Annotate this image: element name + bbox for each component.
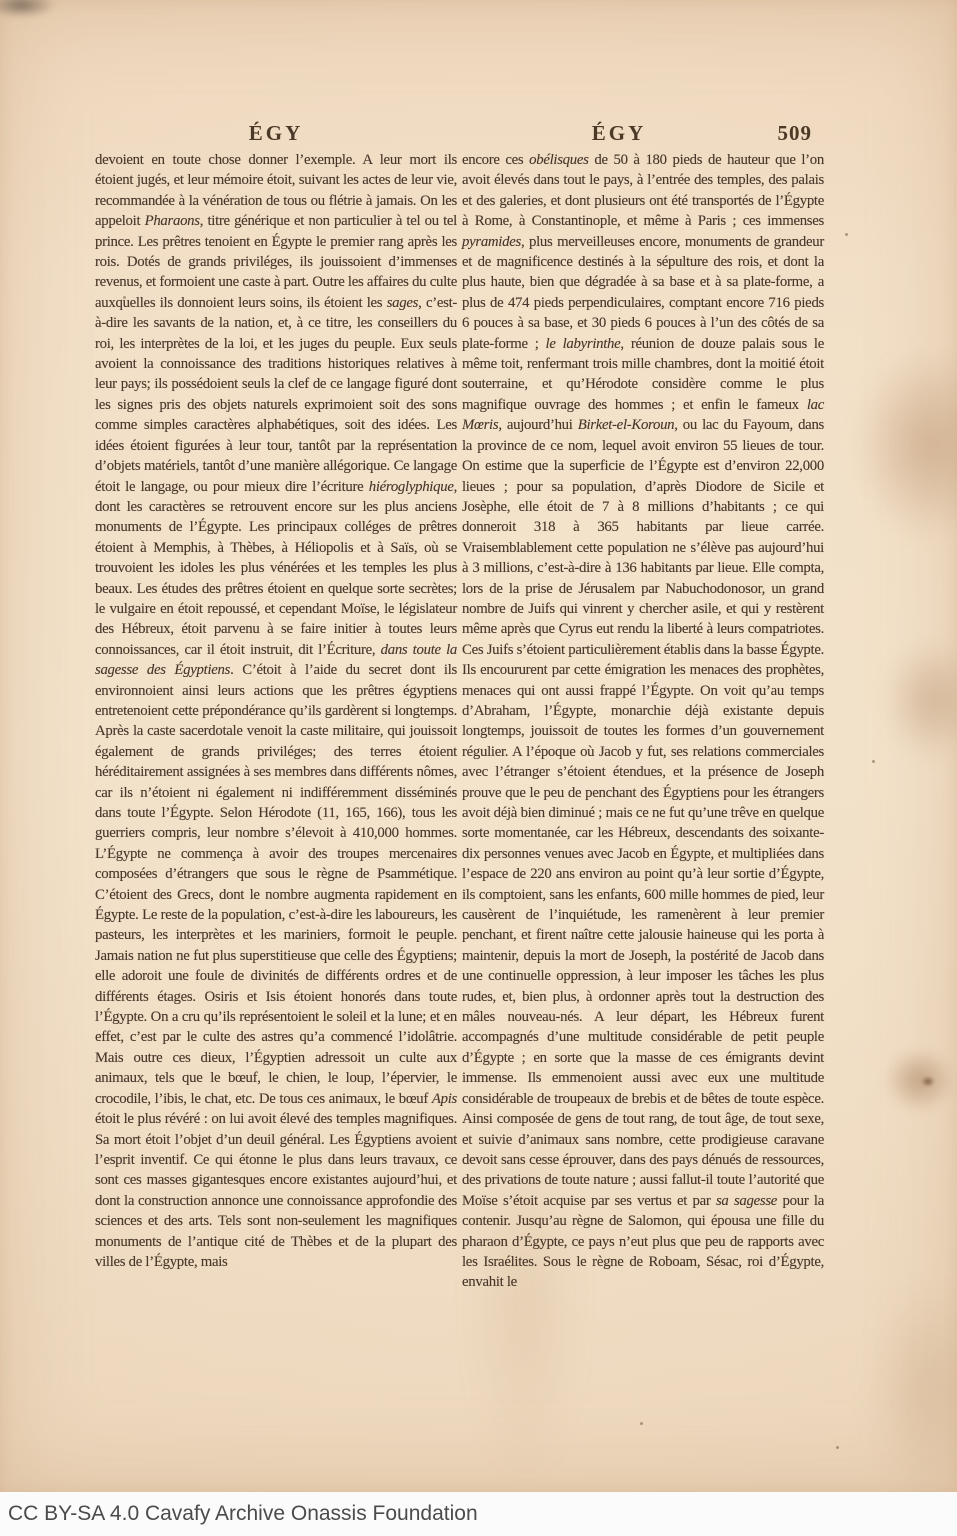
running-head-left: ÉGY	[95, 121, 457, 146]
paper-stain	[855, 350, 957, 540]
paper-stain	[867, 1280, 957, 1500]
running-head-left-text: ÉGY	[249, 121, 304, 145]
text-column-left: devoient en toute chose donner l’exemple…	[95, 150, 457, 1272]
text-column-right: encore ces obélisques de 50 à 180 pieds …	[462, 150, 824, 1293]
page-number: 509	[778, 121, 813, 146]
running-head-right: ÉGY 509	[462, 121, 824, 146]
paper-speck	[836, 1446, 839, 1449]
running-head-right-text: ÉGY	[592, 121, 647, 145]
license-bar: CC BY-SA 4.0 Cavafy Archive Onassis Foun…	[0, 1492, 957, 1536]
paper-stain	[883, 640, 957, 760]
scanned-book-page: ÉGY ÉGY 509 devoient en toute chose donn…	[0, 0, 957, 1536]
paper-speck	[872, 760, 875, 763]
paper-stain	[885, 1048, 955, 1112]
license-text: CC BY-SA 4.0 Cavafy Archive Onassis Foun…	[0, 1502, 478, 1525]
paper-speck	[640, 1422, 643, 1425]
paper-stain	[921, 1076, 935, 1087]
paper-corner-mark	[0, 0, 56, 18]
paper-speck	[845, 233, 848, 236]
paper-background: ÉGY ÉGY 509 devoient en toute chose donn…	[0, 0, 957, 1492]
